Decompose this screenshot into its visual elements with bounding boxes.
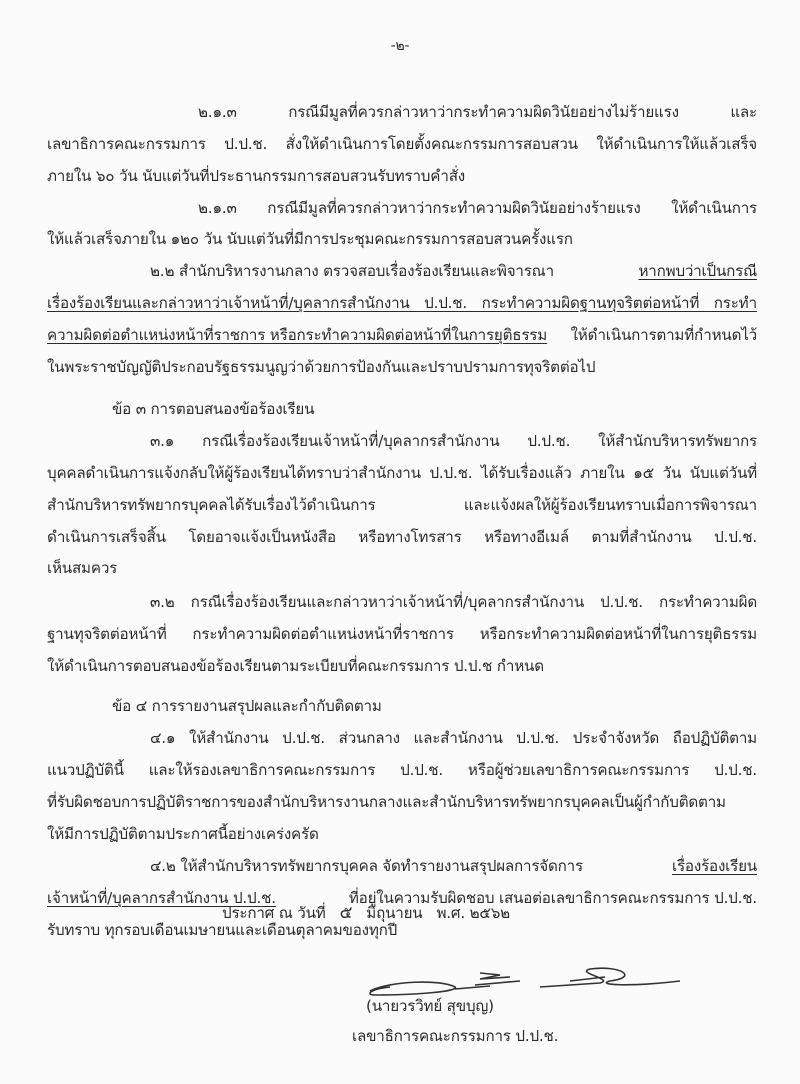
paragraph-4-1-line-4: ให้มีการปฏิบัติตามประกาศนี้อย่างเคร่งครั… (47, 824, 319, 844)
announce-day: ๕ (340, 903, 353, 923)
paragraph-2-2-line-2: เรื่องร้องเรียนและกล่าวหาว่าเจ้าหน้าที่/… (47, 293, 757, 313)
paragraph-2-2-underlined-2: ความผิดต่อตำแหน่งหน้าที่ราชการ หรือกระทำ… (47, 325, 547, 345)
signatory-title: เลขาธิการคณะกรรมการ ป.ป.ช. (352, 1026, 558, 1046)
paragraph-4-2-line-1: ๔.๒ ให้สำนักบริหารทรัพยากรบุคคล จัดทำราย… (150, 856, 757, 876)
paragraph-2-2-text-2: ให้ดำเนินการตามที่กำหนดไว้ (571, 325, 757, 345)
paragraph-2-2-text: ๒.๒ สำนักบริหารงานกลาง ตรวจสอบเรื่องร้อง… (150, 261, 554, 281)
paragraph-3-2-line-3: ให้ดำเนินการตอบสนองข้อร้องเรียนตามระเบีย… (47, 656, 544, 676)
signatory-name: (นายวรวิทย์ สุขบุญ) (366, 996, 494, 1016)
paragraph-2-1-3a-line-3: ภายใน ๖๐ วัน นับแต่วันที่ประธานกรรมการสอ… (47, 166, 465, 186)
announce-month: มิถุนายน (366, 903, 422, 923)
paragraph-4-2-line-3: รับทราบ ทุกรอบเดือนเมษายนและเดือนตุลาคมข… (47, 920, 397, 940)
paragraph-2-2-line-3: ความผิดต่อตำแหน่งหน้าที่ราชการ หรือกระทำ… (47, 325, 757, 345)
paragraph-2-1-3b-line-2: ให้แล้วเสร็จภายใน ๑๒๐ วัน นับแต่วันที่มี… (47, 229, 573, 249)
paragraph-4-2-underlined: เรื่องร้องเรียน (672, 856, 757, 876)
section-4-heading: ข้อ ๔ การรายงานสรุปผลและกำกับติดตาม (112, 696, 382, 716)
paragraph-2-2-underlined: หากพบว่าเป็นกรณี (639, 261, 758, 281)
paragraph-2-1-3a-line-2: เลขาธิการคณะกรรมการ ป.ป.ช. สั่งให้ดำเนิน… (47, 134, 757, 154)
page-number: -๒- (0, 36, 800, 56)
document-page: -๒- ๒.๑.๓ กรณีมีมูลที่ควรกล่าวหาว่ากระทำ… (0, 0, 800, 1084)
paragraph-4-2-text: ๔.๒ ให้สำนักบริหารทรัพยากรบุคคล จัดทำราย… (150, 856, 583, 876)
paragraph-3-1-line-5: เห็นสมควร (47, 558, 117, 578)
announce-year: พ.ศ. ๒๕๖๒ (436, 903, 510, 923)
paragraph-3-1-line-4: ดำเนินการเสร็จสิ้น โดยอาจแจ้งเป็นหนังสือ… (47, 527, 757, 547)
paragraph-4-1-line-1: ๔.๑ ให้สำนักงาน ป.ป.ช. ส่วนกลาง และสำนัก… (150, 728, 757, 748)
section-3-heading: ข้อ ๓ การตอบสนองข้อร้องเรียน (112, 399, 314, 419)
paragraph-2-2-line-4: ในพระราชบัญญัติประกอบรัฐธรรมนูญว่าด้วยกา… (47, 357, 595, 377)
paragraph-4-1-line-3: ที่รับผิดชอบการปฏิบัติราชการของสำนักบริห… (47, 792, 757, 812)
paragraph-3-1-line-3: สำนักบริหารทรัพยากรบุคคลได้รับเรื่องไว้ด… (47, 495, 757, 515)
announce-label: ประกาศ ณ วันที่ (222, 903, 326, 923)
paragraph-2-1-3a-line-1: ๒.๑.๓ กรณีมีมูลที่ควรกล่าวหาว่ากระทำความ… (198, 102, 757, 122)
paragraph-3-1-line-1: ๓.๑ กรณีเรื่องร้องเรียนเจ้าหน้าที่/บุคลา… (150, 431, 757, 451)
paragraph-2-1-3b-line-1: ๒.๑.๓ กรณีมีมูลที่ควรกล่าวหาว่ากระทำความ… (198, 198, 757, 218)
announcement-date: ประกาศ ณ วันที่ ๕ มิถุนายน พ.ศ. ๒๕๖๒ (222, 903, 510, 923)
paragraph-3-1-line-2: บุคคลดำเนินการแจ้งกลับให้ผู้ร้องเรียนได้… (47, 463, 757, 483)
paragraph-3-2-line-1: ๓.๒ กรณีเรื่องร้องเรียนและกล่าวหาว่าเจ้า… (150, 592, 757, 612)
paragraph-4-1-line-2: แนวปฏิบัตินี้ และให้รองเลขาธิการคณะกรรมก… (47, 760, 757, 780)
paragraph-3-2-line-2: ฐานทุจริตต่อหน้าที่ กระทำความผิดต่อตำแหน… (47, 624, 757, 644)
paragraph-2-2-line-1: ๒.๒ สำนักบริหารงานกลาง ตรวจสอบเรื่องร้อง… (150, 261, 757, 281)
